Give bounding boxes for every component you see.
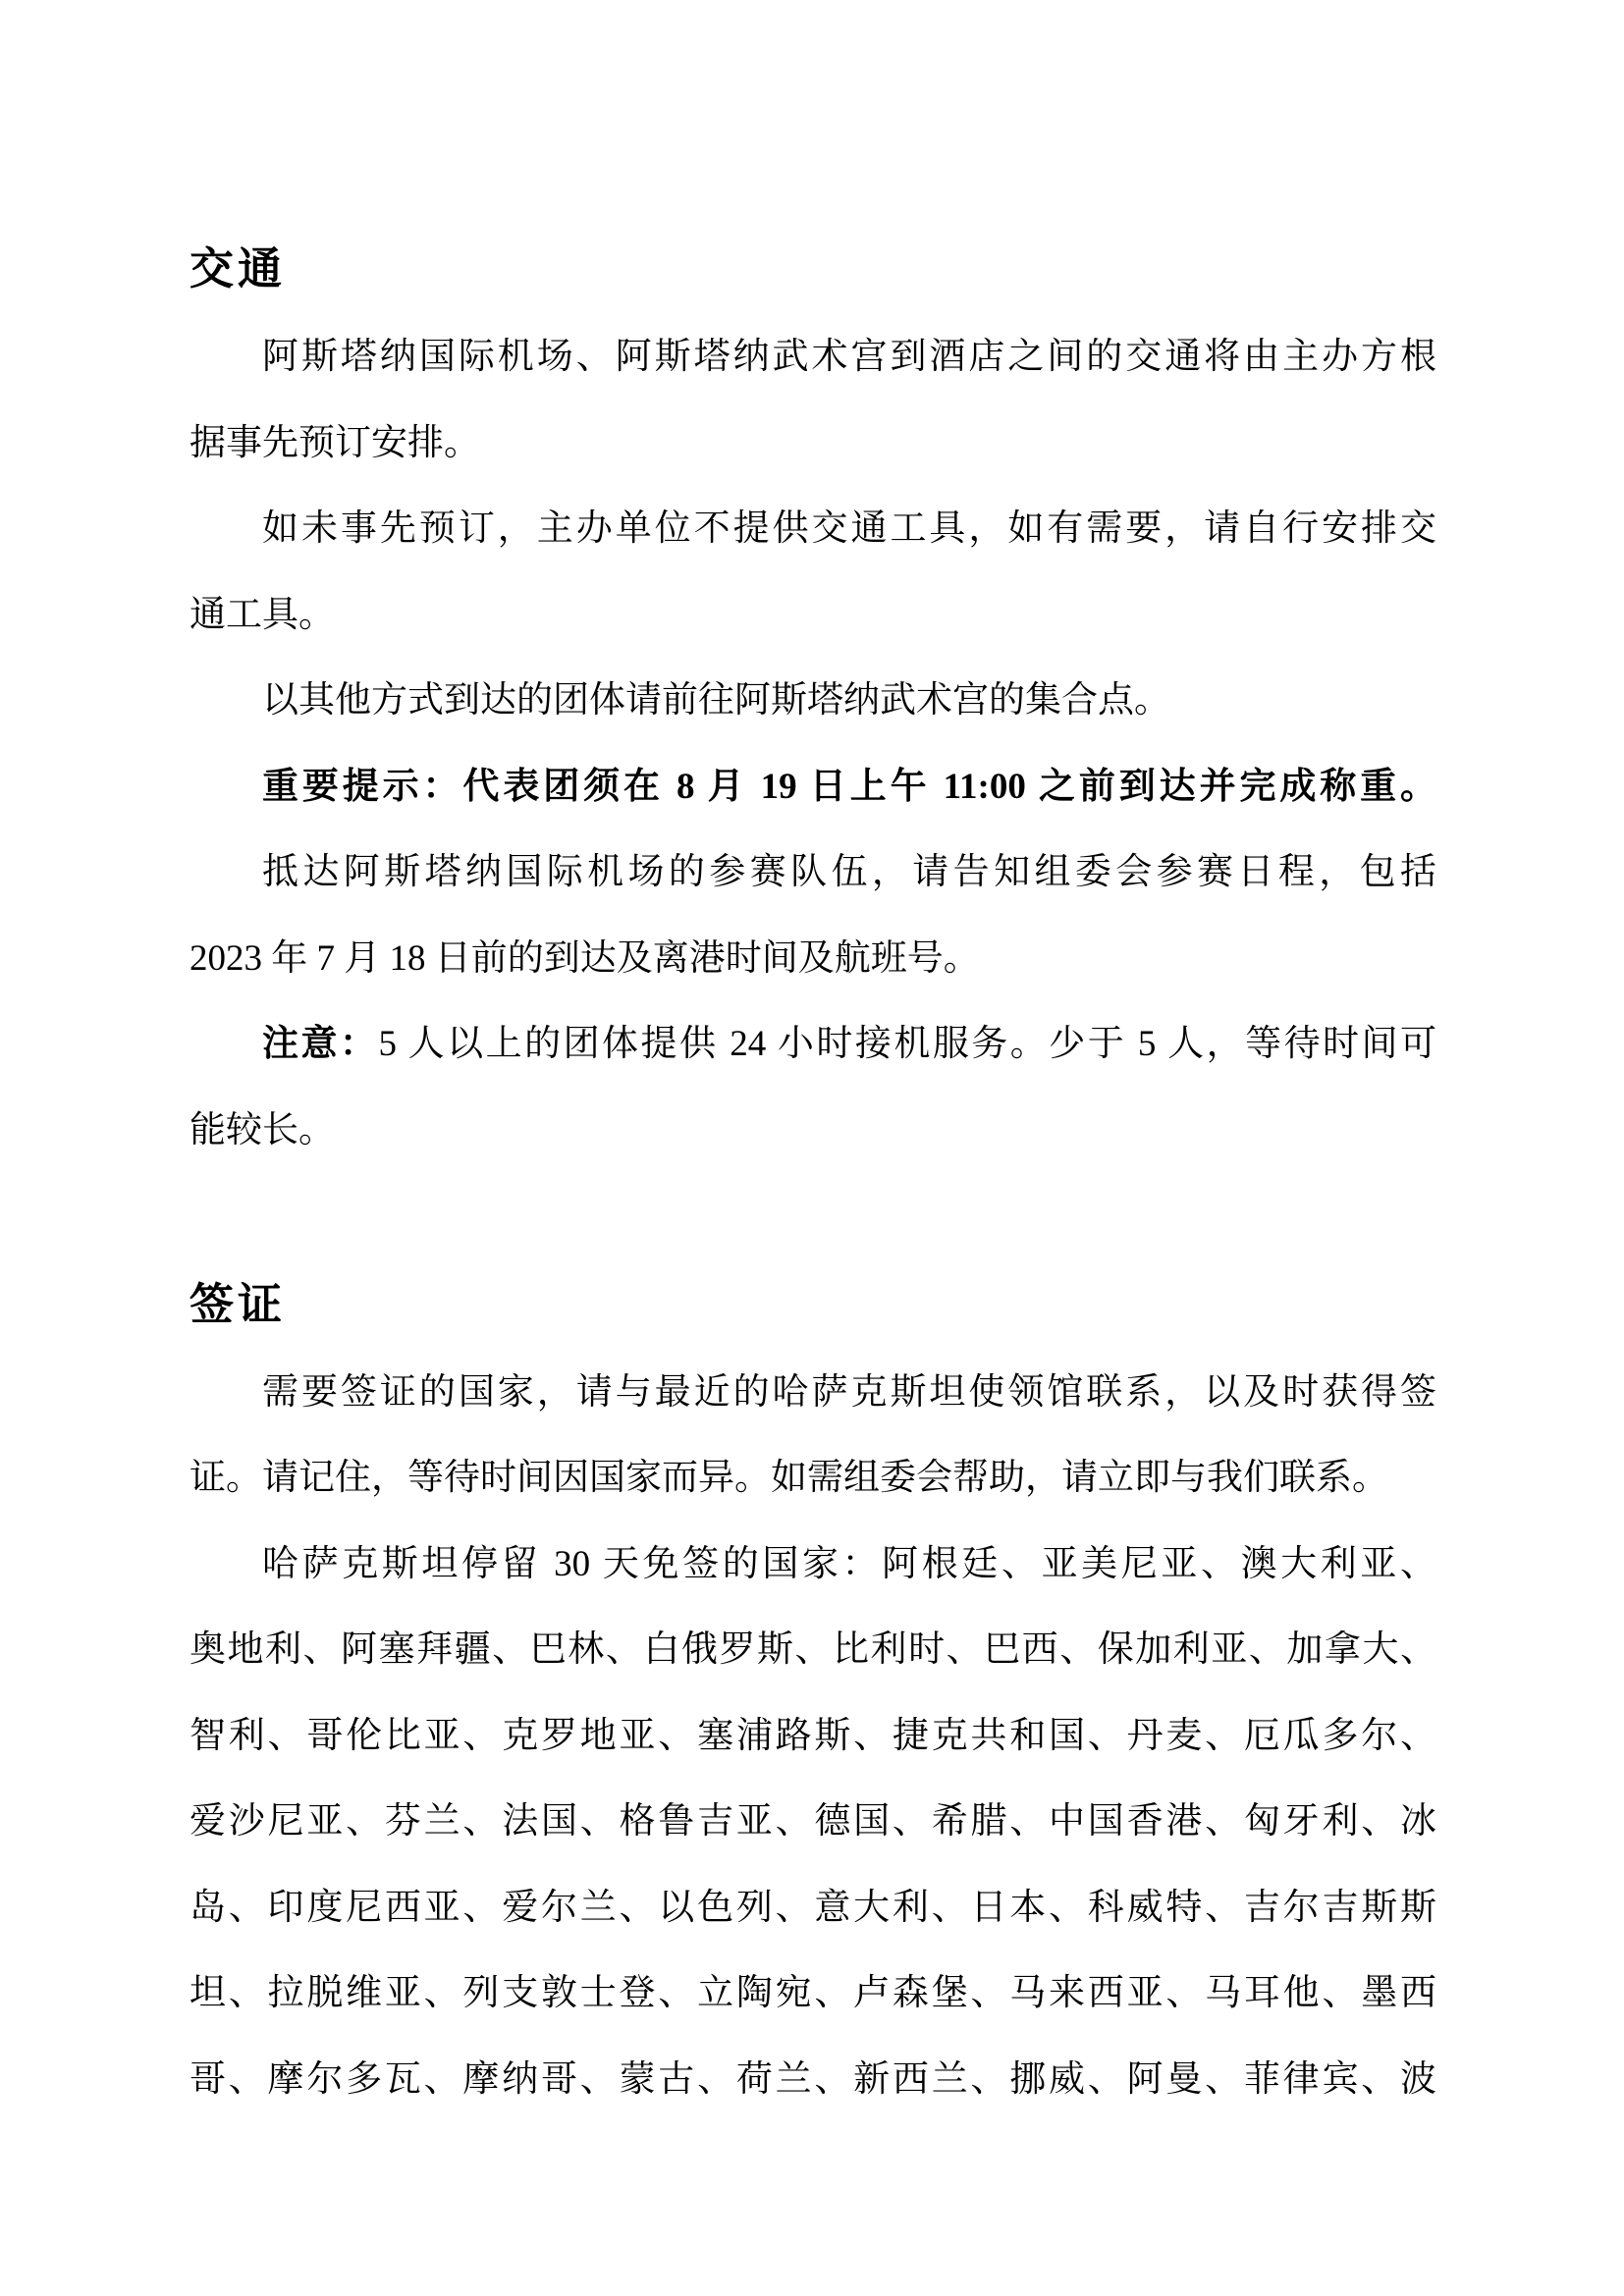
paragraph-visa-free-countries: 哈萨克斯坦停留 30 天免签的国家：阿根廷、亚美尼亚、澳大利亚、 奥地利、阿塞拜… (189, 1522, 1436, 2123)
text-line: 如未事先预订，主办单位不提供交通工具，如有需要，请自行安排交 (189, 486, 1436, 572)
text-line: 能较长。 (189, 1088, 1436, 1174)
paragraph-other-arrival: 以其他方式到达的团体请前往阿斯塔纳武术宫的集合点。 (189, 658, 1436, 744)
text-line: 通工具。 (189, 572, 1436, 659)
important-note-line: 重要提示：代表团须在 8 月 19 日上午 11:00 之前到达并完成称重。 (189, 744, 1436, 830)
section-gap (189, 1173, 1436, 1259)
paragraph-visa-contact: 需要签证的国家，请与最近的哈萨克斯坦使领馆联系，以及时获得签 证。请记住，等待时… (189, 1350, 1436, 1522)
page-content: 交通 阿斯塔纳国际机场、阿斯塔纳武术宫到酒店之间的交通将由主办方根 据事先预订安… (0, 0, 1624, 2122)
document-page: 交通 阿斯塔纳国际机场、阿斯塔纳武术宫到酒店之间的交通将由主办方根 据事先预订安… (0, 0, 1624, 2296)
text-line: 爱沙尼亚、芬兰、法国、格鲁吉亚、德国、希腊、中国香港、匈牙利、冰 (189, 1779, 1436, 1865)
text-line: 以其他方式到达的团体请前往阿斯塔纳武术宫的集合点。 (189, 658, 1436, 744)
text-line: 据事先预订安排。 (189, 400, 1436, 487)
paragraph-no-booking: 如未事先预订，主办单位不提供交通工具，如有需要，请自行安排交 通工具。 (189, 486, 1436, 658)
text-line: 注意：5 人以上的团体提供 24 小时接机服务。少于 5 人，等待时间可 (189, 1001, 1436, 1088)
paragraph-flight-info: 抵达阿斯塔纳国际机场的参赛队伍，请告知组委会参赛日程，包括 2023 年 7 月… (189, 829, 1436, 1001)
text-line: 阿斯塔纳国际机场、阿斯塔纳武术宫到酒店之间的交通将由主办方根 (189, 314, 1436, 400)
text-line: 岛、印度尼西亚、爱尔兰、以色列、意大利、日本、科威特、吉尔吉斯斯 (189, 1865, 1436, 1951)
text-line: 坦、拉脱维亚、列支敦士登、立陶宛、卢森堡、马来西亚、马耳他、墨西 (189, 1950, 1436, 2037)
paragraph-important-note: 重要提示：代表团须在 8 月 19 日上午 11:00 之前到达并完成称重。 (189, 744, 1436, 830)
text-line: 哈萨克斯坦停留 30 天免签的国家：阿根廷、亚美尼亚、澳大利亚、 (189, 1522, 1436, 1608)
text-line: 奥地利、阿塞拜疆、巴林、白俄罗斯、比利时、巴西、保加利亚、加拿大、 (189, 1607, 1436, 1693)
paragraph-transport-booking: 阿斯塔纳国际机场、阿斯塔纳武术宫到酒店之间的交通将由主办方根 据事先预订安排。 (189, 314, 1436, 486)
section-heading-visa: 签证 (189, 1259, 1436, 1350)
text-line: 哥、摩尔多瓦、摩纳哥、蒙古、荷兰、新西兰、挪威、阿曼、菲律宾、波 (189, 2037, 1436, 2123)
notice-text: 5 人以上的团体提供 24 小时接机服务。少于 5 人，等待时间可 (378, 1024, 1436, 1064)
text-line: 2023 年 7 月 18 日前的到达及离港时间及航班号。 (189, 916, 1436, 1002)
text-line: 抵达阿斯塔纳国际机场的参赛队伍，请告知组委会参赛日程，包括 (189, 829, 1436, 916)
paragraph-pickup-notice: 注意：5 人以上的团体提供 24 小时接机服务。少于 5 人，等待时间可 能较长… (189, 1001, 1436, 1173)
text-line: 智利、哥伦比亚、克罗地亚、塞浦路斯、捷克共和国、丹麦、厄瓜多尔、 (189, 1693, 1436, 1780)
notice-label: 注意： (262, 1024, 378, 1064)
section-heading-transport: 交通 (189, 224, 1436, 314)
text-line: 证。请记住，等待时间因国家而异。如需组委会帮助，请立即与我们联系。 (189, 1435, 1436, 1522)
text-line: 需要签证的国家，请与最近的哈萨克斯坦使领馆联系，以及时获得签 (189, 1350, 1436, 1436)
